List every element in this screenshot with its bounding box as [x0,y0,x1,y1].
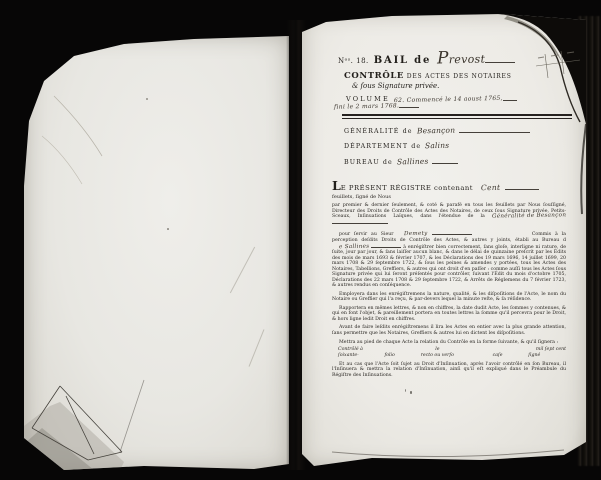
volume-row-2: fini le 2 mars 1768. [334,103,564,110]
relation-soixante: ſoixante- [338,353,359,359]
paragraph-employera: Employera dans les enrégiſtremens la nat… [332,292,566,303]
right-page: Nᵒˢ. 18. BAIL de Prevost CONTRÔLE DES AC… [302,14,586,466]
double-rule [342,114,572,119]
bail-title: BAIL de [374,55,431,66]
departement-manuscript: Salins [425,141,449,151]
opening-text: E PRÉSENT RÉGISTRE contenant [341,184,473,192]
generalite-row: GÉNÉRALITÉ de Besançon [344,126,534,135]
paragraph-certification: par premier & dernier ſeulement, & coté … [332,203,566,227]
blank-space [454,353,493,359]
relation-folio: folio [384,353,394,359]
opening-underline [505,185,539,190]
controle-word: CONTRÔLE [344,71,404,81]
volume-manuscript-2: fini le 2 mars 1768. [334,102,399,110]
bureau-inline-manuscript: e Sallines [332,245,369,251]
departement-label: DÉPARTEMENT de [344,143,421,150]
signature-subtitle: & ſous Signature privée. [352,82,564,90]
paragraph-commission: pour ſervir au Sieur Demety Commis à la … [332,230,566,289]
photo-backdrop: Nᵒˢ. 18. BAIL de Prevost CONTRÔLE DES AC… [0,0,601,480]
paragraph-rapportera: Rapportera en mêmes lettres, & non en ch… [332,306,566,322]
folio-count-manuscript: Cent [481,183,500,192]
generalite-inline-manuscript: Généralité de Besançon [492,213,566,220]
volume-underline [503,96,517,101]
commission-text-a: pour ſervir au Sieur [339,232,394,237]
opening-line2: feuillets, ſigné de Nous [332,194,564,200]
relation-signe: ſigné [528,353,540,359]
bail-manuscript: Prevost [437,47,486,68]
title-row: Nᵒˢ. 18. BAIL de Prevost [338,48,564,68]
bail-underline [485,58,515,63]
register-number: Nᵒˢ. 18. [338,57,369,65]
commission-text-c: à enrégiſtrer bien correctement, ſans gl… [332,245,566,288]
paragraph-insinuation: Et au cas que l'Acte ſoit ſujet au Droit… [332,362,566,378]
register-opening: LE PRÉSENT RÉGISTRE contenant Cent feuil… [332,175,564,200]
generalite-underline [459,128,530,133]
commis-name-underline [432,230,472,235]
bureau-manuscript: Sallines [397,157,429,167]
bureau-underline [432,159,458,164]
relation-recto-verso: recto ou verſo [421,353,454,359]
ink-speck [405,389,406,392]
left-page [24,36,289,470]
certification-underline [332,219,388,224]
blank-space [476,230,528,235]
departement-row: DÉPARTEMENT de Salins [344,141,483,150]
paragraph-avant: Avant de faire leſdits enrégiſtremens il… [332,325,566,336]
blank-space [395,353,421,359]
generalite-label: GÉNÉRALITÉ de [344,128,413,135]
ink-speck [410,391,412,394]
blank-space [503,353,529,359]
relation-case: caſe [493,353,503,359]
bureau-label: BUREAU de [344,159,393,166]
controle-rest: DES ACTES DES NOTAIRES [407,73,512,80]
bureau-row: BUREAU de Sallines [344,157,472,166]
drop-cap-initial: L [332,178,341,193]
relation-line-2: ſoixante- folio recto ou verſo caſe ſign… [338,353,566,359]
bureau-inline-underline [371,243,401,248]
right-page-content: Nᵒˢ. 18. BAIL de Prevost CONTRÔLE DES AC… [302,14,586,466]
blank-space [540,353,566,359]
commis-name-manuscript: Demety [397,232,428,238]
folded-corner-crease-lines [24,36,289,470]
relation-formula: Contrôlé à le mil ſept cent ſoixante- fo… [338,347,566,358]
paragraph-mettra: Mettra au pied de chaque Acte la relatio… [332,340,566,345]
generalite-manuscript: Besançon [416,125,454,135]
blank-space [359,353,385,359]
controle-title: CONTRÔLE DES ACTES DES NOTAIRES [344,71,564,81]
